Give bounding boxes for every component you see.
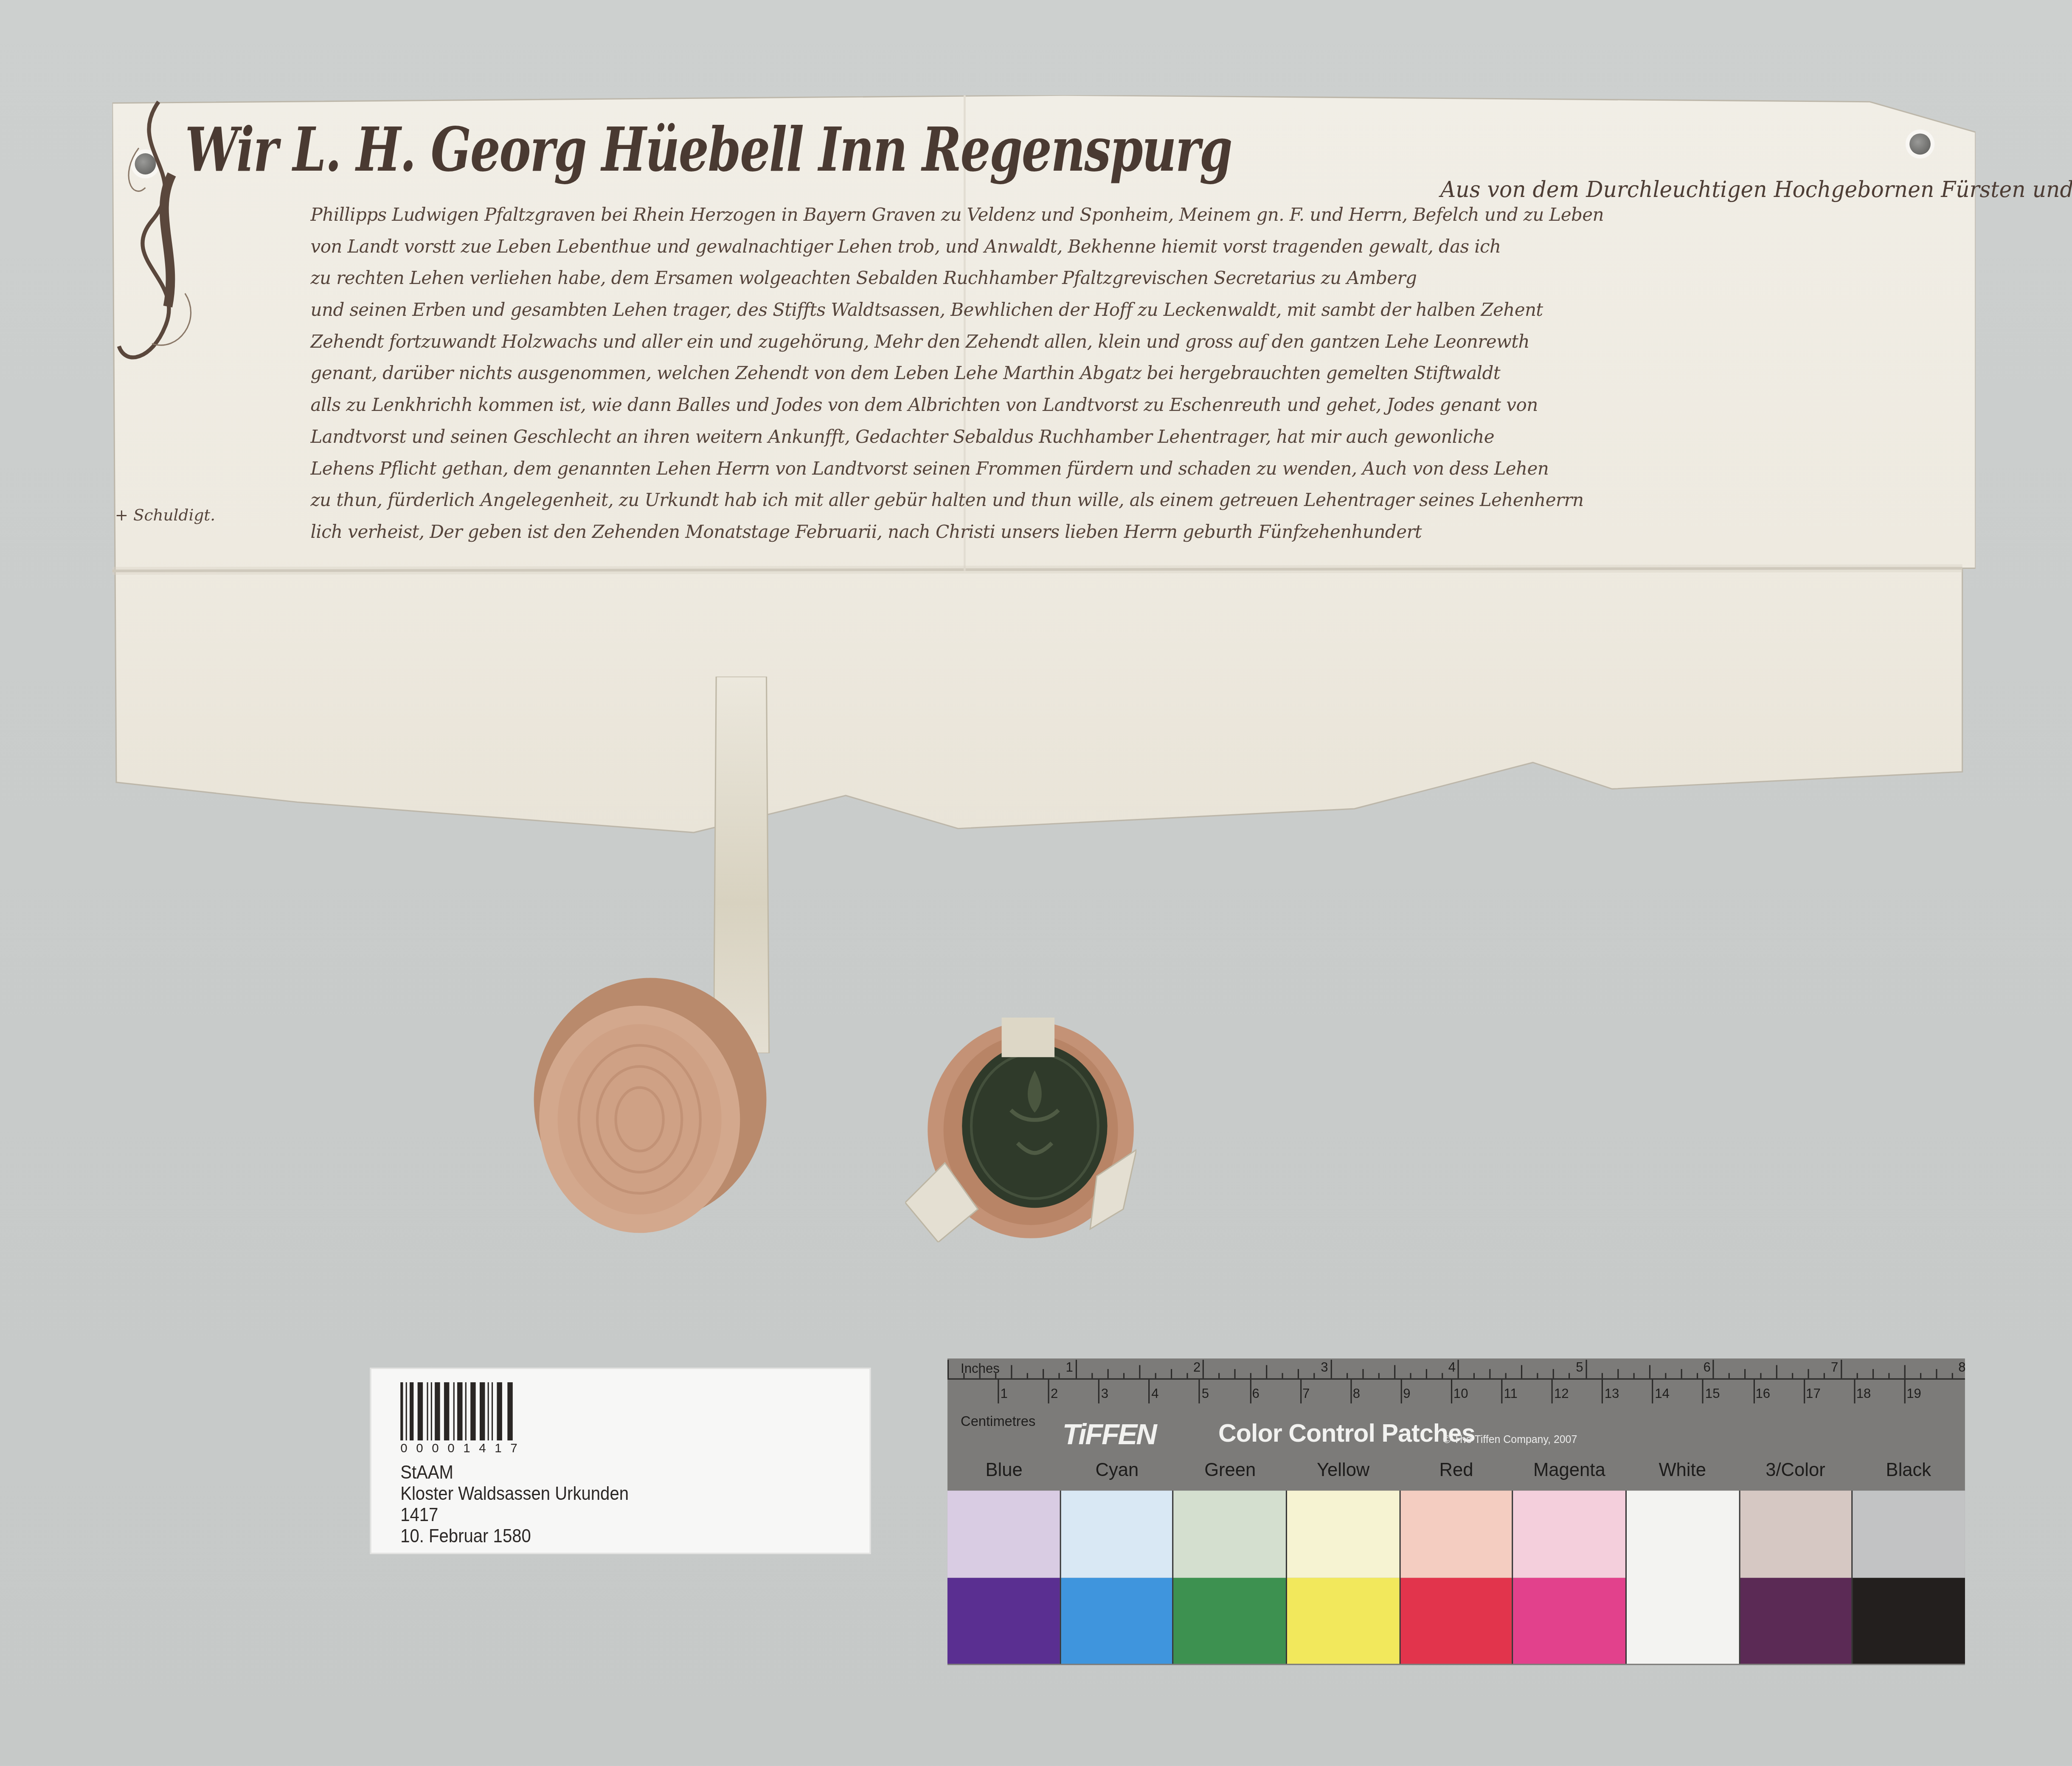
ruler-baseline (947, 1378, 1965, 1380)
cm-tick-label: 15 (1705, 1388, 1720, 1402)
inch-tick (1872, 1369, 1873, 1378)
inch-tick (1378, 1373, 1379, 1378)
chart-title: Color Control Patches (1218, 1420, 1475, 1449)
patch-column (1174, 1490, 1287, 1664)
inch-tick-label: 6 (1704, 1361, 1711, 1375)
charter-text-line: von Landt vorstt zue Leben Lebenthue und… (311, 236, 1501, 258)
cm-tick-label: 3 (1101, 1388, 1108, 1402)
inch-tick (1952, 1373, 1953, 1378)
cm-tick (1652, 1380, 1653, 1403)
cm-tick (1904, 1380, 1905, 1403)
cm-tick-label: 1 (1000, 1388, 1007, 1402)
patch-label-red: Red (1400, 1459, 1513, 1480)
charter-text-line: genant, darüber nichts ausgenommen, welc… (311, 363, 1500, 385)
cm-tick-label: 5 (1202, 1388, 1209, 1402)
cm-tick-label: 11 (1504, 1388, 1517, 1402)
inch-tick (1171, 1369, 1172, 1378)
cm-tick (998, 1380, 999, 1403)
patch-white (1627, 1490, 1739, 1664)
inch-tick (1425, 1369, 1427, 1378)
archive-scan: Wir L. H. Georg Hüebell Inn Regenspurg A… (0, 0, 2072, 1766)
inch-tick (979, 1369, 981, 1378)
inch-tick (1697, 1373, 1698, 1378)
inch-tick (1601, 1373, 1602, 1378)
charter-text-line: Lehens Pflicht gethan, dem genannten Leh… (311, 458, 1549, 480)
cm-tick-label: 14 (1655, 1388, 1670, 1402)
margin-note: + Schuldigt. (115, 506, 215, 525)
inch-tick (1856, 1373, 1857, 1378)
inch-tick (1665, 1373, 1666, 1378)
inch-tick (1888, 1373, 1889, 1378)
inch-tick (1553, 1369, 1555, 1378)
inch-tick (1729, 1373, 1730, 1378)
wax-seal-in-capsule (905, 1018, 1136, 1242)
cm-tick-label: 2 (1051, 1388, 1058, 1402)
tiffen-logo: TiFFEN (1063, 1418, 1156, 1452)
patch-saturated (1287, 1577, 1399, 1664)
cm-tick (1853, 1380, 1855, 1403)
charter-text-line: zu thun, fürderlich Angelegenheit, zu Ur… (311, 490, 1584, 512)
inch-tick (1617, 1369, 1618, 1378)
inch-tick (1155, 1373, 1156, 1378)
patch-column (1627, 1490, 1740, 1664)
inch-tick-label: 2 (1193, 1361, 1200, 1375)
cm-tick (1753, 1380, 1754, 1403)
patch-label-yellow: Yellow (1287, 1459, 1400, 1480)
inch-tick (1282, 1373, 1283, 1378)
inch-tick-label: 7 (1831, 1361, 1838, 1375)
inch-tick (963, 1373, 964, 1378)
patch-light (1174, 1490, 1286, 1577)
label-archive: StAAM (400, 1462, 453, 1483)
label-number: 1417 (400, 1504, 438, 1525)
inch-tick (1027, 1373, 1029, 1378)
inch-tick (1824, 1373, 1825, 1378)
seal-capsule-lid (529, 974, 773, 1238)
centimetres-label: Centimetres (961, 1414, 1035, 1430)
cm-tick (1098, 1380, 1099, 1403)
patch-column (1287, 1490, 1400, 1664)
patch-column (1853, 1490, 1965, 1664)
inch-tick (1490, 1369, 1491, 1378)
inch-tick-label: 4 (1448, 1361, 1456, 1375)
inch-tick (1075, 1360, 1076, 1378)
cm-tick-label: 10 (1453, 1388, 1468, 1402)
inch-tick (1521, 1365, 1523, 1378)
inch-tick (1043, 1369, 1044, 1378)
cm-tick-label: 19 (1906, 1388, 1921, 1402)
inch-tick (1904, 1365, 1905, 1378)
patch-light (947, 1490, 1060, 1577)
cm-tick-label: 12 (1554, 1388, 1569, 1402)
patch-name-row: BlueCyanGreenYellowRedMagentaWhite3/Colo… (947, 1459, 1965, 1480)
inch-tick (1123, 1373, 1124, 1378)
inch-tick (1234, 1369, 1236, 1378)
cm-tick-label: 8 (1353, 1388, 1360, 1402)
charter-text-line: zu rechten Lehen verliehen habe, dem Ers… (311, 268, 1417, 290)
patch-saturated (1740, 1577, 1852, 1664)
patch-column (1740, 1490, 1853, 1664)
cm-tick-label: 7 (1302, 1388, 1310, 1402)
cm-tick (1149, 1380, 1150, 1403)
inch-tick (1362, 1369, 1363, 1378)
notary-flourish-icon (112, 95, 205, 373)
cm-tick-label: 4 (1151, 1388, 1158, 1402)
inch-tick (1218, 1373, 1220, 1378)
patch-light (1287, 1490, 1399, 1577)
patch-column (1400, 1490, 1514, 1664)
cm-tick-label: 16 (1755, 1388, 1770, 1402)
inch-tick (1330, 1360, 1331, 1378)
inch-tick (1410, 1373, 1411, 1378)
patch-saturated (1174, 1577, 1286, 1664)
inch-tick (1203, 1360, 1204, 1378)
inch-tick-label: 8 (1958, 1361, 1965, 1375)
inch-tick (1107, 1369, 1108, 1378)
inch-tick (1777, 1365, 1778, 1378)
patch-light (1061, 1490, 1173, 1577)
charter-text-line: Phillipps Ludwigen Pfaltzgraven bei Rhei… (311, 205, 1604, 226)
patch-label-green: Green (1174, 1459, 1287, 1480)
inch-tick (1537, 1373, 1538, 1378)
inch-tick (1059, 1373, 1060, 1378)
charter-text-line: Landtvorst und seinen Geschlecht an ihre… (311, 427, 1494, 448)
inch-tick-label: 3 (1321, 1361, 1328, 1375)
cm-tick (1300, 1380, 1301, 1403)
inch-tick (1458, 1360, 1459, 1378)
cm-tick-label: 17 (1806, 1388, 1821, 1402)
inch-tick-label: 5 (1576, 1361, 1583, 1375)
cm-tick (1602, 1380, 1603, 1403)
patch-grid (947, 1490, 1965, 1664)
inch-tick (1394, 1365, 1395, 1378)
barcode-number: 00001417 (400, 1442, 526, 1456)
patch-saturated (1853, 1577, 1965, 1664)
inch-tick (1346, 1373, 1347, 1378)
patch-light (1513, 1490, 1625, 1577)
inch-tick (1442, 1373, 1443, 1378)
charter-text-line: und seinen Erben und gesambten Lehen tra… (311, 300, 1543, 321)
inch-tick (1585, 1360, 1586, 1378)
patch-label-white: White (1626, 1459, 1739, 1480)
archive-label: 00001417 StAAM Kloster Waldsassen Urkund… (370, 1368, 871, 1554)
patch-light (1740, 1490, 1852, 1577)
label-date: 10. Februar 1580 (400, 1525, 531, 1546)
inch-tick (1681, 1369, 1682, 1378)
inch-tick (1744, 1369, 1746, 1378)
inch-tick (1792, 1373, 1794, 1378)
inch-tick (1712, 1360, 1714, 1378)
inch-tick (1250, 1373, 1251, 1378)
cm-tick (1703, 1380, 1704, 1403)
patch-light (1400, 1490, 1513, 1577)
inch-tick (1760, 1373, 1762, 1378)
cm-tick (1803, 1380, 1805, 1403)
inch-tick (995, 1373, 997, 1378)
inch-tick (947, 1360, 949, 1378)
chart-copyright: © The Tiffen Company, 2007 (1443, 1434, 1577, 1445)
barcode-icon (400, 1382, 515, 1440)
inch-tick (1920, 1373, 1921, 1378)
inch-tick (1649, 1365, 1650, 1378)
patch-light (1853, 1490, 1965, 1577)
patch-column (947, 1490, 1061, 1664)
mounting-pin-right (1909, 133, 1931, 155)
patch-label-cyan: Cyan (1060, 1459, 1173, 1480)
cm-tick (1048, 1380, 1049, 1403)
cm-tick (1350, 1380, 1351, 1403)
inch-tick (1633, 1373, 1634, 1378)
inch-tick-label: 1 (1066, 1361, 1073, 1375)
cm-tick (1400, 1380, 1402, 1403)
patch-saturated (1400, 1577, 1513, 1664)
inch-tick (1569, 1373, 1570, 1378)
patch-saturated (947, 1577, 1060, 1664)
inch-tick (1091, 1373, 1092, 1378)
inch-tick (1808, 1369, 1810, 1378)
charter-heading-continuation: Aus von dem Durchleuchtigen Hochgebornen… (1440, 177, 2072, 203)
inch-tick (1505, 1373, 1507, 1378)
patch-label-3color: 3/Color (1739, 1459, 1852, 1480)
tiffen-color-chart: Inches 123456781234567891011121314151617… (947, 1358, 1965, 1665)
inch-tick (1186, 1373, 1188, 1378)
patch-saturated (1061, 1577, 1173, 1664)
cm-tick-label: 6 (1252, 1388, 1259, 1402)
patch-label-blue: Blue (947, 1459, 1060, 1480)
inch-tick (1139, 1365, 1140, 1378)
inch-tick (1314, 1373, 1316, 1378)
inch-tick (1473, 1373, 1475, 1378)
cm-tick (1451, 1380, 1452, 1403)
cm-tick (1552, 1380, 1553, 1403)
inch-tick (1840, 1360, 1841, 1378)
charter-heading: Wir L. H. Georg Hüebell Inn Regenspurg (185, 114, 1231, 185)
cm-tick (1249, 1380, 1251, 1403)
inch-tick (1298, 1369, 1299, 1378)
parchment-charter: Wir L. H. Georg Hüebell Inn Regenspurg A… (112, 95, 1976, 855)
patch-label-black: Black (1852, 1459, 1965, 1480)
patch-label-magenta: Magenta (1513, 1459, 1626, 1480)
inch-tick (1936, 1369, 1937, 1378)
patch-saturated (1513, 1577, 1625, 1664)
inch-tick (1011, 1365, 1012, 1378)
charter-text-line: lich verheist, Der geben ist den Zehende… (311, 522, 1422, 543)
patch-column (1061, 1490, 1174, 1664)
inch-tick (1266, 1365, 1268, 1378)
cm-tick (1199, 1380, 1200, 1403)
cm-tick (1501, 1380, 1502, 1403)
label-collection: Kloster Waldsassen Urkunden (400, 1483, 629, 1504)
cm-tick-label: 9 (1403, 1388, 1410, 1402)
charter-text-line: alls zu Lenkhrichh kommen ist, wie dann … (311, 395, 1538, 416)
cm-tick-label: 18 (1856, 1388, 1871, 1402)
charter-text-line: Zehendt fortzuwandt Holzwachs und aller … (311, 332, 1530, 353)
patch-column (1513, 1490, 1627, 1664)
cm-tick-label: 13 (1605, 1388, 1619, 1402)
